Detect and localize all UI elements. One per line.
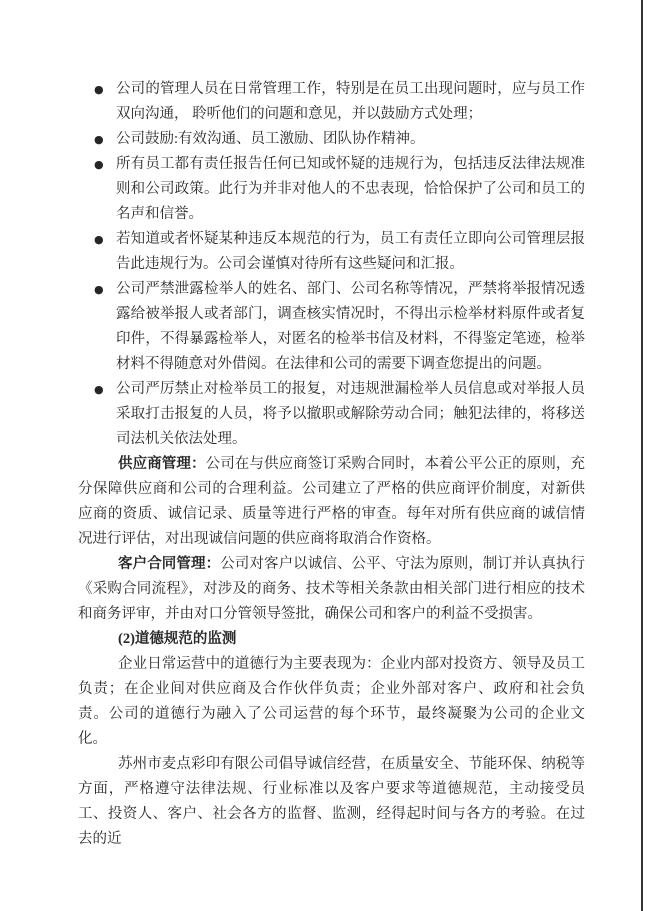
list-item-text: 若知道或者怀疑某种违反本规范的行为，员工有责任立即向公司管理层报告此违规行为。公… bbox=[116, 231, 585, 272]
page-edge-line bbox=[641, 0, 643, 911]
paragraph-customer-contract-management: 客户合同管理：公司对客户以诚信、公平、守法为原则，制订并认真执行《采购合同流程》… bbox=[78, 552, 585, 627]
bullet-icon: ● bbox=[94, 77, 104, 102]
list-item: ● 若知道或者怀疑某种违反本规范的行为，员工有责任立即向公司管理层报告此违规行为… bbox=[78, 227, 585, 277]
bullet-icon: ● bbox=[94, 127, 104, 152]
bullet-icon: ● bbox=[94, 227, 104, 252]
list-item: ● 公司严厉禁止对检举员工的报复，对违规泄漏检举人员信息或对举报人员采取打击报复… bbox=[78, 377, 585, 452]
paragraph-integrity-operation: 苏州市麦点彩印有限公司倡导诚信经营，在质量安全、节能环保、纳税等方面，严格遵守法… bbox=[78, 752, 585, 852]
paragraph-supplier-management: 供应商管理：公司在与供应商签订采购合同时，本着公平公正的原则，充分保障供应商和公… bbox=[78, 452, 585, 552]
bullet-list: ● 公司的管理人员在日常管理工作，特别是在员工出现问题时，应与员工作双向沟通， … bbox=[78, 77, 585, 452]
list-item-text: 公司鼓励:有效沟通、员工激励、团队协作精神。 bbox=[116, 131, 425, 147]
list-item: ● 所有员工都有责任报告任何已知或怀疑的违规行为，包括违反法律法规准则和公司政策… bbox=[78, 152, 585, 227]
document-content: ● 公司的管理人员在日常管理工作，特别是在员工出现问题时，应与员工作双向沟通， … bbox=[78, 77, 585, 852]
paragraph-ethics-behavior: 企业日常运营中的道德行为主要表现为：企业内部对投资方、领导及员工负责；在企业间对… bbox=[78, 652, 585, 752]
paragraph-label: 供应商管理： bbox=[118, 456, 206, 472]
list-item: ● 公司的管理人员在日常管理工作，特别是在员工出现问题时，应与员工作双向沟通， … bbox=[78, 77, 585, 127]
paragraph-label: 客户合同管理： bbox=[118, 556, 220, 572]
list-item-text: 公司的管理人员在日常管理工作，特别是在员工出现问题时，应与员工作双向沟通， 聆听… bbox=[116, 81, 585, 122]
list-item-text: 公司严禁泄露检举人的姓名、部门、公司名称等情况，严禁将举报情况透露给被举报人或者… bbox=[116, 281, 585, 372]
section-heading: (2)道德规范的监测 bbox=[78, 627, 585, 652]
bullet-icon: ● bbox=[94, 377, 104, 402]
list-item: ● 公司严禁泄露检举人的姓名、部门、公司名称等情况，严禁将举报情况透露给被举报人… bbox=[78, 277, 585, 377]
list-item: ● 公司鼓励:有效沟通、员工激励、团队协作精神。 bbox=[78, 127, 585, 152]
document-page: ● 公司的管理人员在日常管理工作，特别是在员工出现问题时，应与员工作双向沟通， … bbox=[0, 0, 647, 911]
bullet-icon: ● bbox=[94, 152, 104, 177]
bullet-icon: ● bbox=[94, 277, 104, 302]
list-item-text: 所有员工都有责任报告任何已知或怀疑的违规行为，包括违反法律法规准则和公司政策。此… bbox=[116, 156, 585, 222]
list-item-text: 公司严厉禁止对检举员工的报复，对违规泄漏检举人员信息或对举报人员采取打击报复的人… bbox=[116, 381, 585, 447]
